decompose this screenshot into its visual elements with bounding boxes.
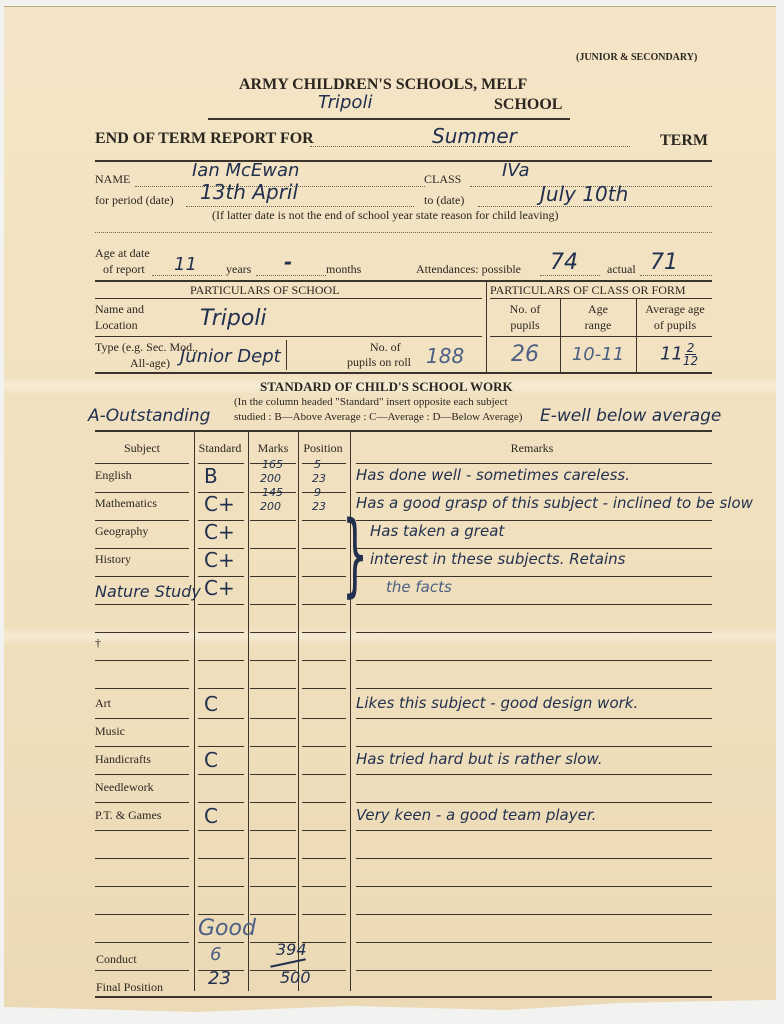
table-rule	[356, 746, 712, 747]
period-label: for period (date)	[95, 193, 174, 208]
position-num: 5	[314, 458, 321, 471]
school-particulars-heading: PARTICULARS OF SCHOOL	[190, 283, 340, 298]
table-rule	[95, 688, 189, 689]
total-marks-num: 394	[276, 940, 307, 959]
pupils-on-roll: 188	[426, 344, 464, 368]
subject-name: English	[95, 468, 132, 483]
table-rule	[356, 718, 712, 719]
rule	[95, 336, 482, 337]
final-position-label: Final Position	[96, 980, 163, 995]
table-rule	[302, 492, 346, 493]
table-rule	[198, 914, 244, 915]
table-rule	[95, 802, 189, 803]
table-rule	[198, 802, 244, 803]
header-rule	[95, 160, 712, 162]
subject-name: Geography	[95, 524, 148, 539]
school-type: Junior Dept	[180, 346, 281, 367]
age-years-line	[152, 275, 222, 276]
age-range-label-2: range	[560, 318, 636, 333]
avg-age: 11212	[660, 342, 698, 367]
header-marks: Marks	[248, 441, 298, 456]
table-rule	[356, 463, 712, 464]
particulars-divider	[486, 280, 487, 372]
pupil-name: Ian McEwan	[192, 160, 299, 181]
table-rule	[250, 802, 296, 803]
remark-text: Has taken a great	[370, 522, 504, 540]
conduct-label: Conduct	[96, 952, 137, 967]
table-rule	[302, 914, 346, 915]
particulars-top-rule	[95, 280, 712, 282]
attendances-possible: 74	[550, 250, 578, 275]
table-rule	[302, 520, 346, 521]
table-rule	[198, 718, 244, 719]
subject-name: Mathematics	[95, 496, 157, 511]
table-rule	[95, 942, 189, 943]
actual-label: actual	[607, 262, 636, 277]
table-rule	[95, 858, 189, 859]
table-rule	[250, 660, 296, 661]
table-rule	[250, 830, 296, 831]
age-months: -	[284, 250, 292, 274]
table-rule	[302, 604, 346, 605]
standard-grade: C+	[204, 576, 235, 600]
roll-label-2: pupils on roll	[347, 355, 411, 370]
table-rule	[302, 802, 346, 803]
avg-age-label-1: Average age	[636, 302, 714, 317]
table-rule	[250, 576, 296, 577]
term-value: Summer	[432, 124, 517, 148]
table-rule	[198, 660, 244, 661]
table-rule	[95, 463, 189, 464]
marks-den: 200	[260, 472, 281, 485]
table-rule	[250, 632, 296, 633]
table-rule	[356, 604, 712, 605]
class-value: IVa	[502, 160, 530, 181]
table-rule	[95, 914, 189, 915]
table-rule	[356, 970, 712, 971]
form-title: ARMY CHILDREN'S SCHOOLS, MELF	[239, 76, 527, 94]
table-rule	[95, 548, 189, 549]
table-rule	[356, 830, 712, 831]
table-rule	[95, 830, 189, 831]
table-rule	[95, 576, 189, 577]
table-rule	[250, 718, 296, 719]
table-rule	[356, 774, 712, 775]
name-location-label-1: Name and	[95, 302, 144, 317]
table-rule	[198, 886, 244, 887]
age-years: 11	[174, 254, 197, 275]
standard-grade: C	[204, 692, 218, 716]
period-from: 13th April	[200, 180, 298, 204]
period-to: July 10th	[540, 182, 628, 206]
table-rule	[95, 660, 189, 661]
report-label: END OF TERM REPORT FOR	[95, 130, 314, 148]
table-bottom-rule	[95, 996, 712, 998]
table-column-divider	[194, 431, 195, 991]
remark-text: Likes this subject - good design work.	[356, 694, 638, 712]
attendances-label: Attendances: possible	[416, 262, 521, 277]
table-rule	[198, 942, 244, 943]
table-rule	[95, 632, 189, 633]
header-position: Position	[298, 441, 348, 456]
table-rule	[198, 858, 244, 859]
table-rule	[250, 886, 296, 887]
rule	[95, 372, 712, 374]
table-rule	[356, 520, 712, 521]
subject-name: †	[95, 636, 101, 651]
table-rule	[198, 632, 244, 633]
table-rule	[302, 830, 346, 831]
years-label: years	[226, 262, 251, 277]
table-rule	[198, 774, 244, 775]
name-label: NAME	[95, 172, 130, 187]
rule	[490, 298, 712, 299]
table-rule	[250, 746, 296, 747]
leaving-note: (If latter date is not the end of school…	[212, 208, 559, 223]
header-standard: Standard	[194, 441, 246, 456]
table-rule	[356, 632, 712, 633]
table-rule	[302, 548, 346, 549]
age-range-label-1: Age	[560, 302, 636, 317]
attendances-possible-line	[540, 275, 600, 276]
table-rule	[356, 886, 712, 887]
standard-instruction-1: (In the column headed "Standard" insert …	[234, 396, 508, 408]
age-label-2: of report	[103, 262, 145, 277]
paper-fold	[4, 627, 776, 645]
marks-num: 165	[262, 458, 283, 471]
table-column-divider	[298, 431, 299, 991]
table-rule	[356, 548, 712, 549]
rule	[95, 298, 482, 299]
school-name: Tripoli	[318, 92, 372, 113]
position-den: 23	[312, 472, 326, 485]
table-rule	[95, 604, 189, 605]
table-rule	[356, 802, 712, 803]
avg-age-whole: 11	[660, 344, 683, 365]
table-rule	[356, 660, 712, 661]
table-rule	[302, 660, 346, 661]
remark-text: Very keen - a good team player.	[356, 806, 596, 824]
table-column-divider	[248, 431, 249, 991]
subject-name: Nature Study	[95, 582, 201, 601]
table-rule	[95, 520, 189, 521]
standard-instruction-2: studied : B—Above Average : C—Average : …	[234, 411, 522, 423]
to-label: to (date)	[424, 193, 464, 208]
leaving-reason-line	[95, 232, 712, 233]
marks-den: 200	[260, 500, 281, 513]
table-rule	[250, 914, 296, 915]
standard-grade: C	[204, 804, 218, 828]
subject-name: Art	[95, 696, 111, 711]
form-type: (JUNIOR & SECONDARY)	[576, 52, 697, 63]
period-to-line	[478, 206, 712, 207]
table-rule	[95, 746, 189, 747]
subject-name: Needlework	[95, 780, 154, 795]
table-rule	[95, 886, 189, 887]
standard-grade: C+	[204, 548, 235, 572]
table-rule	[198, 604, 244, 605]
grade-e-note: E-well below average	[540, 406, 721, 426]
school-label: SCHOOL	[494, 96, 562, 114]
table-rule	[198, 746, 244, 747]
attendances-actual: 71	[650, 250, 678, 275]
table-rule	[302, 463, 346, 464]
rule	[490, 336, 712, 337]
table-rule	[198, 688, 244, 689]
table-rule	[302, 688, 346, 689]
period-from-line	[186, 206, 414, 207]
standard-grade: B	[204, 464, 218, 488]
table-rule	[356, 914, 712, 915]
remark-text: Has a good grasp of this subject - incli…	[356, 494, 753, 512]
table-rule	[356, 576, 712, 577]
final-position-num: 6	[210, 944, 221, 965]
table-rule	[95, 970, 189, 971]
table-rule	[302, 942, 346, 943]
pupils-label-1: No. of	[490, 302, 560, 317]
table-rule	[95, 718, 189, 719]
table-rule	[198, 830, 244, 831]
subject-name: Handicrafts	[95, 752, 151, 767]
total-marks-den: 500	[280, 968, 311, 987]
table-rule	[302, 886, 346, 887]
class-particulars-heading: PARTICULARS OF CLASS OR FORM	[490, 283, 686, 298]
position-den: 23	[312, 500, 326, 513]
subject-name: P.T. & Games	[95, 808, 161, 823]
remark-text: Has done well - sometimes careless.	[356, 466, 630, 484]
table-rule	[302, 774, 346, 775]
header-remarks: Remarks	[352, 441, 712, 456]
table-rule	[250, 604, 296, 605]
age-months-line	[256, 275, 326, 276]
table-rule	[302, 718, 346, 719]
school-underline	[208, 118, 570, 120]
table-rule	[356, 688, 712, 689]
table-rule	[356, 858, 712, 859]
remark-text: Has tried hard but is rather slow.	[356, 750, 603, 768]
table-rule	[356, 942, 712, 943]
attendances-actual-line	[640, 275, 712, 276]
school-location: Tripoli	[200, 306, 267, 331]
age-label-1: Age at date	[95, 246, 150, 261]
class-pupils: 26	[490, 342, 560, 367]
table-rule	[302, 746, 346, 747]
col-divider	[286, 340, 287, 370]
table-rule	[95, 774, 189, 775]
table-rule	[302, 632, 346, 633]
table-rule	[302, 576, 346, 577]
standard-grade: C+	[204, 492, 235, 516]
type-label-2: All-age)	[130, 356, 170, 371]
grade-a-note: A-Outstanding	[88, 406, 210, 426]
table-rule	[250, 858, 296, 859]
table-rule	[356, 492, 712, 493]
final-position-den: 23	[208, 968, 231, 989]
position-num: 9	[314, 486, 321, 499]
table-rule	[302, 858, 346, 859]
avg-age-label-2: of pupils	[636, 318, 714, 333]
pupils-label-2: pupils	[490, 318, 560, 333]
table-rule	[250, 774, 296, 775]
avg-age-den: 12	[683, 355, 698, 367]
header-subject: Subject	[95, 441, 189, 456]
subject-name: History	[95, 552, 131, 567]
age-range: 10-11	[560, 344, 636, 365]
remark-text: interest in these subjects. Retains	[370, 550, 625, 568]
remark-text: the facts	[386, 578, 452, 596]
standard-heading: STANDARD OF CHILD'S SCHOOL WORK	[260, 379, 513, 395]
conduct-value: Good	[198, 916, 256, 941]
marks-num: 145	[262, 486, 283, 499]
class-label: CLASS	[424, 172, 461, 187]
grouping-brace: }	[342, 510, 368, 600]
roll-label-1: No. of	[370, 340, 401, 355]
months-label: months	[326, 262, 361, 277]
standard-grade: C	[204, 748, 218, 772]
table-rule	[95, 492, 189, 493]
table-rule	[250, 688, 296, 689]
name-location-label-2: Location	[95, 318, 138, 333]
table-rule	[250, 520, 296, 521]
subject-name: Music	[95, 724, 125, 739]
table-rule	[250, 548, 296, 549]
rule	[95, 430, 712, 432]
standard-grade: C+	[204, 520, 235, 544]
term-label: TERM	[660, 132, 708, 150]
